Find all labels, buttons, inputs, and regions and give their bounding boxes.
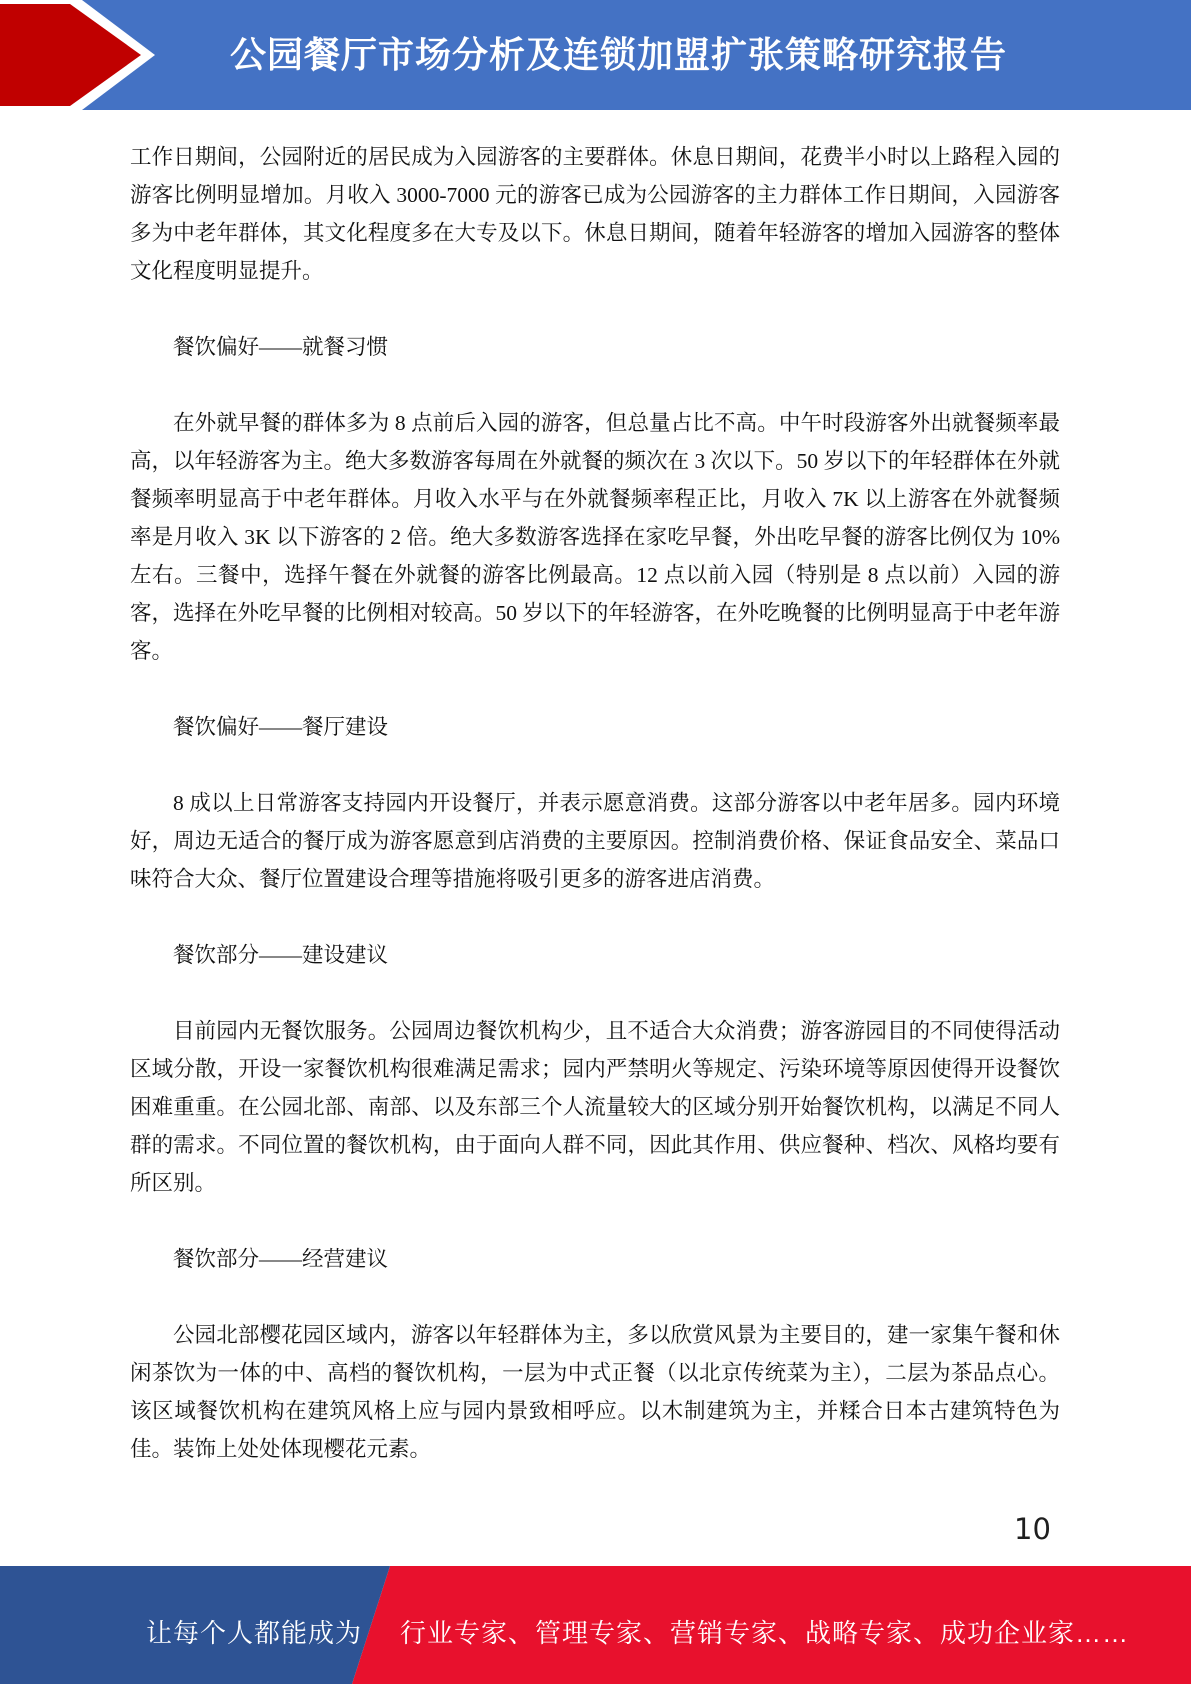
section-heading: 餐饮部分——经营建议 (130, 1240, 1060, 1278)
body-paragraph: 工作日期间，公园附近的居民成为入园游客的主要群体。休息日期间，花费半小时以上路程… (130, 138, 1060, 290)
body-paragraph: 目前园内无餐饮服务。公园周边餐饮机构少，且不适合大众消费；游客游园目的不同使得活… (130, 1012, 1060, 1202)
body-paragraph: 8 成以上日常游客支持园内开设餐厅，并表示愿意消费。这部分游客以中老年居多。园内… (130, 784, 1060, 898)
page-number: 10 (1014, 1512, 1051, 1546)
footer-slogan-left: 让每个人都能成为 (146, 1613, 362, 1650)
footer-slogan-right: 行业专家、管理专家、营销专家、战略专家、成功企业家…… (400, 1613, 1129, 1650)
body-paragraph: 在外就早餐的群体多为 8 点前后入园的游客，但总量占比不高。中午时段游客外出就餐… (130, 404, 1060, 670)
document-body: 工作日期间，公园附近的居民成为入园游客的主要群体。休息日期间，花费半小时以上路程… (0, 110, 1191, 1468)
page-header: 公园餐厅市场分析及连锁加盟扩张策略研究报告 (0, 0, 1191, 110)
page-title: 公园餐厅市场分析及连锁加盟扩张策略研究报告 (0, 0, 1191, 110)
body-paragraph: 公园北部樱花园区域内，游客以年轻群体为主，多以欣赏风景为主要目的，建一家集午餐和… (130, 1316, 1060, 1468)
page-footer: 让每个人都能成为 行业专家、管理专家、营销专家、战略专家、成功企业家…… (0, 1566, 1191, 1684)
section-heading: 餐饮偏好——就餐习惯 (130, 328, 1060, 366)
section-heading: 餐饮部分——建设建议 (130, 936, 1060, 974)
section-heading: 餐饮偏好——餐厅建设 (130, 708, 1060, 746)
